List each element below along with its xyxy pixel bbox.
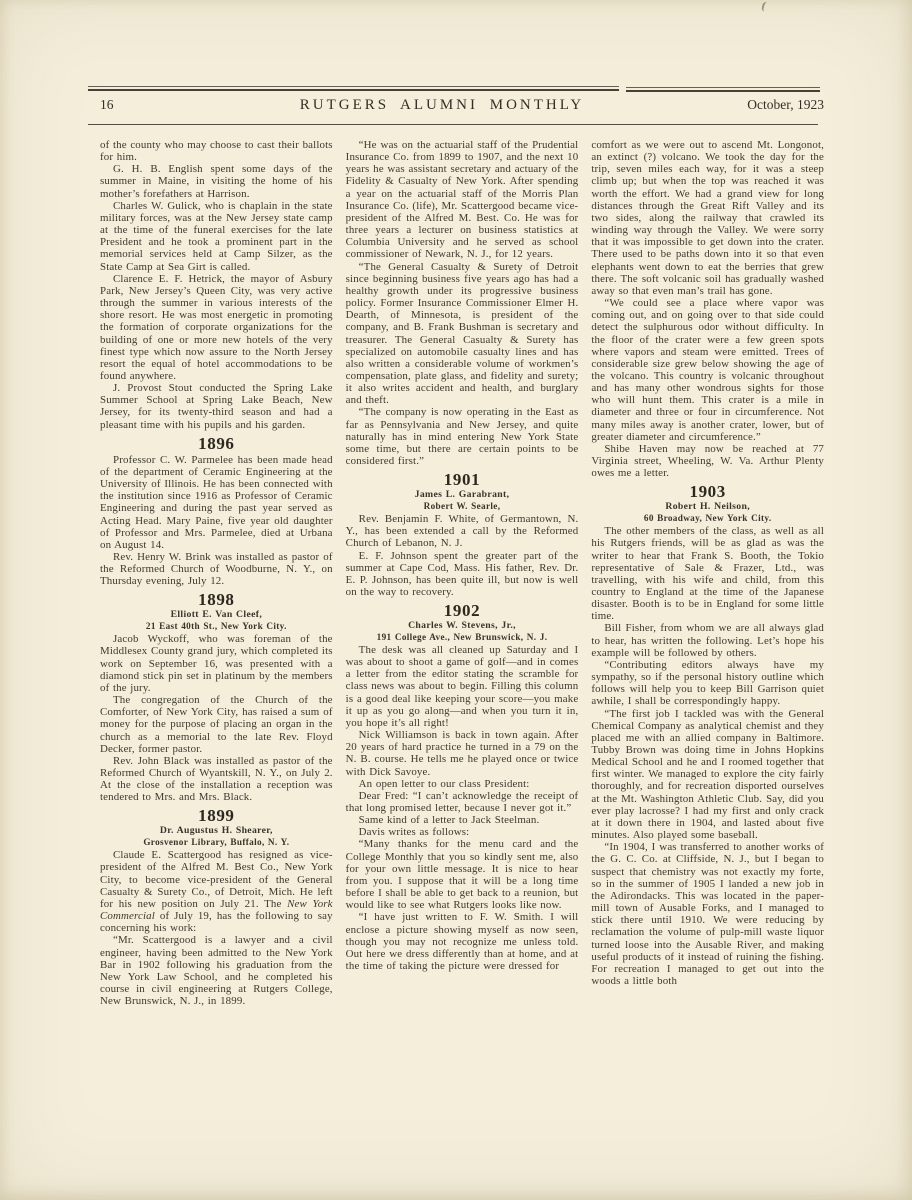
rule-segment: [88, 86, 619, 91]
column-1: of the county who may choose to cast the…: [100, 139, 333, 1007]
paragraph: J. Provost Stout conducted the Spring La…: [100, 382, 333, 431]
paragraph: Claude E. Scattergood has resigned as vi…: [100, 849, 333, 934]
paragraph: comfort as we were out to ascend Mt. Lon…: [591, 139, 824, 297]
class-secretary-address: James L. Garabrant,Robert W. Searle,: [346, 490, 579, 512]
paragraph: Charles W. Gulick, who is chaplain in th…: [100, 200, 333, 273]
paragraph: Rev. Benjamin F. White, of Germantown, N…: [346, 513, 579, 549]
magazine-page: 16 RUTGERS ALUMNI MONTHLY October, 1923 …: [0, 0, 912, 1200]
paragraph: Clarence E. F. Hetrick, the mayor of Asb…: [100, 273, 333, 382]
class-year-heading: 1896: [100, 434, 333, 453]
paragraph: Davis writes as follows:: [346, 826, 579, 838]
page-number: 16: [100, 97, 170, 113]
paragraph: “Many thanks for the menu card and the C…: [346, 838, 579, 911]
paragraph: “I have just written to F. W. Smith. I w…: [346, 911, 579, 972]
secretary-line: Grosvenor Library, Buffalo, N. Y.: [100, 837, 333, 848]
class-year-heading: 1903: [591, 482, 824, 501]
class-year-heading: 1901: [346, 470, 579, 489]
paragraph: The other members of the class, as well …: [591, 525, 824, 622]
column-2: “He was on the actuarial staff of the Pr…: [346, 139, 579, 1007]
rule-segment: [626, 87, 820, 92]
paragraph: “The first job I tackled was with the Ge…: [591, 708, 824, 842]
paragraph: “Mr. Scattergood is a lawyer and a civil…: [100, 934, 333, 1007]
paragraph: Nick Williamson is back in town again. A…: [346, 729, 579, 778]
secretary-line: Robert W. Searle,: [346, 501, 579, 512]
paragraph: “Contributing editors always have my sym…: [591, 659, 824, 708]
secretary-line: Robert H. Neilson,: [591, 502, 824, 513]
header-rule: [88, 124, 818, 125]
paragraph: Same kind of a letter to Jack Steelman.: [346, 814, 579, 826]
paragraph: “In 1904, I was transferred to another w…: [591, 841, 824, 987]
secretary-line: Charles W. Stevens, Jr.,: [346, 621, 579, 632]
secretary-line: James L. Garabrant,: [346, 490, 579, 501]
issue-date: October, 1923: [714, 97, 824, 113]
paragraph: Professor C. W. Parmelee has been made h…: [100, 454, 333, 551]
column-3: comfort as we were out to ascend Mt. Lon…: [591, 139, 824, 1007]
secretary-line: 60 Broadway, New York City.: [591, 513, 824, 524]
paragraph: E. F. Johnson spent the greater part of …: [346, 550, 579, 599]
paragraph: The desk was all cleaned up Saturday and…: [346, 644, 579, 729]
paragraph: Shibe Haven may now be reached at 77 Vir…: [591, 443, 824, 479]
paragraph: “The company is now operating in the Eas…: [346, 406, 579, 467]
paragraph: G. H. B. English spent some days of the …: [100, 163, 333, 199]
class-secretary-address: Robert H. Neilson,60 Broadway, New York …: [591, 502, 824, 524]
class-secretary-address: Elliott E. Van Cleef,21 East 40th St., N…: [100, 610, 333, 632]
paragraph: of the county who may choose to cast the…: [100, 139, 333, 163]
secretary-line: Elliott E. Van Cleef,: [100, 610, 333, 621]
secretary-line: Dr. Augustus H. Shearer,: [100, 826, 333, 837]
paragraph: Bill Fisher, from whom we are all always…: [591, 622, 824, 658]
secretary-line: 21 East 40th St., New York City.: [100, 621, 333, 632]
page-title: RUTGERS ALUMNI MONTHLY: [170, 97, 714, 114]
page-header: 16 RUTGERS ALUMNI MONTHLY October, 1923: [100, 97, 824, 114]
top-double-rule: [88, 86, 820, 91]
secretary-line: 191 College Ave., New Brunswick, N. J.: [346, 632, 579, 643]
paragraph: An open letter to our class President:: [346, 778, 579, 790]
paragraph: The congregation of the Church of the Co…: [100, 694, 333, 755]
paragraph: Dear Fred: “I can’t acknowledge the rece…: [346, 790, 579, 814]
class-secretary-address: Charles W. Stevens, Jr.,191 College Ave.…: [346, 621, 579, 643]
paragraph: “He was on the actuarial staff of the Pr…: [346, 139, 579, 261]
paragraph: “The General Casualty & Surety of Detroi…: [346, 261, 579, 407]
paragraph: “We could see a place where vapor was co…: [591, 297, 824, 443]
class-year-heading: 1902: [346, 601, 579, 620]
class-year-heading: 1898: [100, 590, 333, 609]
class-year-heading: 1899: [100, 806, 333, 825]
article-columns: of the county who may choose to cast the…: [100, 139, 824, 1007]
class-secretary-address: Dr. Augustus H. Shearer,Grosvenor Librar…: [100, 826, 333, 848]
scan-mark: [761, 1, 771, 13]
paragraph: Rev. John Black was installed as pastor …: [100, 755, 333, 804]
paragraph: Rev. Henry W. Brink was installed as pas…: [100, 551, 333, 587]
paragraph: Jacob Wyckoff, who was foreman of the Mi…: [100, 633, 333, 694]
